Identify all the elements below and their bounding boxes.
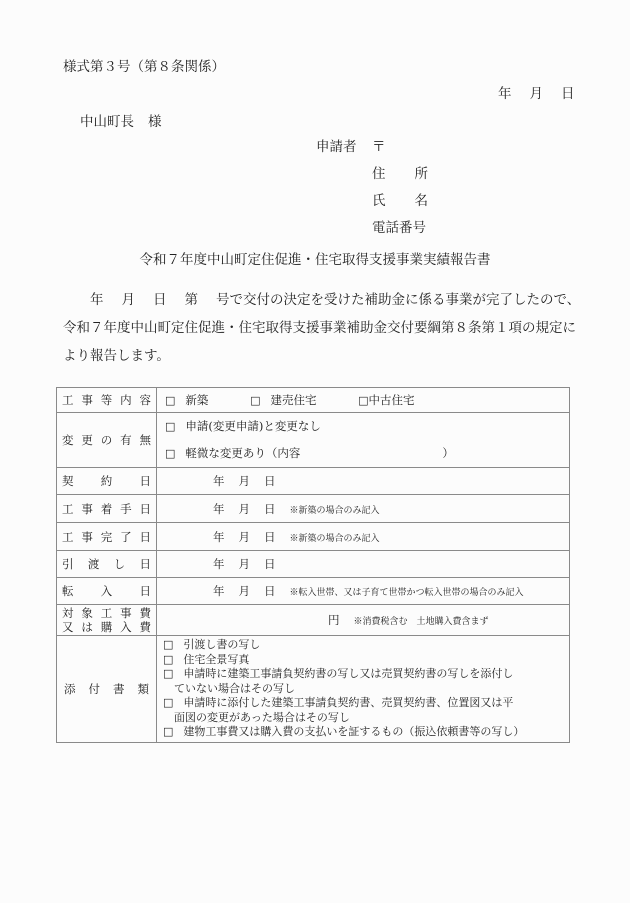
submission-date: 年月日 xyxy=(498,86,575,102)
attachment-item: □申請時に添付した建築工事請負契約書、売買契約書、位置図又は平 xyxy=(163,696,569,711)
checkbox-new-build[interactable]: □ xyxy=(165,394,175,407)
document-title: 令和７年度中山町定住促進・住宅取得支援事業実績報告書 xyxy=(0,252,630,268)
attachment-item: □住宅全景写真 xyxy=(163,653,569,668)
table-row-completion-date: 工事完了日 年月日※新築の場合のみ記入 xyxy=(57,523,570,551)
form-number: 様式第３号（第８条関係） xyxy=(63,59,225,75)
label-move-in-date: 転入日 xyxy=(57,578,157,605)
body-month: 月 xyxy=(122,292,136,308)
contract-date-field[interactable]: 年月日 xyxy=(157,468,570,495)
name-label-char: 氏 xyxy=(372,193,386,209)
option-ready-built: 建売住宅 xyxy=(270,393,316,407)
checkbox-minor-change[interactable]: □ xyxy=(165,441,175,467)
label-handover-date: 引渡し日 xyxy=(57,551,157,578)
body-day: 日 xyxy=(153,292,167,308)
table-row-attachments: 添付書類 □引渡し書の写し □住宅全景写真 □申請時に建築工事請負契約書の写し又… xyxy=(57,636,570,743)
attachment-item: □建物工事費又は購入費の支払いを証するもの（振込依頼書等の写し） xyxy=(163,725,569,740)
addressee-name: 中山町長 xyxy=(80,114,134,130)
table-row-start-date: 工事着手日 年月日※新築の場合のみ記入 xyxy=(57,495,570,523)
checkbox-attachment-3[interactable]: □ xyxy=(163,667,173,682)
name-label: 氏名 xyxy=(372,193,428,209)
option-minor-change: 軽微な変更あり（内容 xyxy=(185,446,300,460)
postal-mark: 〒 xyxy=(372,139,386,155)
checkbox-attachment-5[interactable]: □ xyxy=(163,725,173,740)
attachment-item-cont: ていない場合はその写し xyxy=(163,682,569,697)
checkbox-used-house[interactable]: □ xyxy=(358,394,368,407)
address-label: 住所 xyxy=(372,166,428,182)
attachment-item-cont: 面図の変更があった場合はその写し xyxy=(163,711,569,726)
name-label-char: 名 xyxy=(415,193,429,209)
change-options: □申請(変更申請)と変更なし □軽微な変更あり（内容） xyxy=(157,413,570,468)
label-start-date: 工事着手日 xyxy=(57,495,157,523)
honorific: 様 xyxy=(148,114,162,130)
yen-unit: 円 xyxy=(328,612,340,628)
checkbox-no-change[interactable]: □ xyxy=(165,414,175,440)
option-new-build: 新築 xyxy=(185,393,208,407)
table-row-move-in-date: 転入日 年月日※転入世帯、又は子育て世帯かつ転入世帯の場合のみ記入 xyxy=(57,578,570,605)
applicant-label: 申請者 xyxy=(316,139,357,155)
start-date-field[interactable]: 年月日※新築の場合のみ記入 xyxy=(157,495,570,523)
option-used-house: 中古住宅 xyxy=(369,393,415,407)
handover-date-field[interactable]: 年月日 xyxy=(157,551,570,578)
work-type-options: □新築 □建売住宅 □中古住宅 xyxy=(157,388,570,413)
address-label-char: 所 xyxy=(415,166,429,182)
addressee: 中山町長様 xyxy=(80,114,162,130)
checkbox-ready-built[interactable]: □ xyxy=(250,394,260,407)
phone-label: 電話番号 xyxy=(372,220,426,236)
date-day: 日 xyxy=(561,86,575,102)
checkbox-attachment-4[interactable]: □ xyxy=(163,696,173,711)
body-dai: 第 xyxy=(185,292,199,308)
completion-date-note: ※新築の場合のみ記入 xyxy=(290,534,380,544)
label-work-type: 工事等内容 xyxy=(57,388,157,413)
table-row-handover-date: 引渡し日 年月日 xyxy=(57,551,570,578)
report-body-text: 年月日第号で交付の決定を受けた補助金に係る事業が完了したので、令和７年度中山町定… xyxy=(63,286,583,370)
label-completion-date: 工事完了日 xyxy=(57,523,157,551)
date-year: 年 xyxy=(498,86,512,102)
table-row-change: 変更の有無 □申請(変更申請)と変更なし □軽微な変更あり（内容） xyxy=(57,413,570,468)
label-contract-date: 契約日 xyxy=(57,468,157,495)
report-table: 工事等内容 □新築 □建売住宅 □中古住宅 変更の有無 □申請(変更申請)と変更… xyxy=(56,387,570,743)
table-row-cost: 対象工事費 又は購入費 円※消費税含む 土地購入費含まず xyxy=(57,605,570,636)
cost-note: ※消費税含む 土地購入費含まず xyxy=(354,617,489,627)
move-in-date-note: ※転入世帯、又は子育て世帯かつ転入世帯の場合のみ記入 xyxy=(290,588,524,598)
label-change: 変更の有無 xyxy=(57,413,157,468)
body-year: 年 xyxy=(90,292,104,308)
attachments-list: □引渡し書の写し □住宅全景写真 □申請時に建築工事請負契約書の写し又は売買契約… xyxy=(157,636,570,743)
completion-date-field[interactable]: 年月日※新築の場合のみ記入 xyxy=(157,523,570,551)
label-cost: 対象工事費 又は購入費 xyxy=(57,605,157,636)
body-text: 号で交付の決定を受けた補助金に係る事業が完了したので、令和７年度中山町定住促進・… xyxy=(63,292,580,364)
address-label-char: 住 xyxy=(372,166,386,182)
label-attachments: 添付書類 xyxy=(57,636,157,743)
close-paren: ） xyxy=(442,446,454,460)
checkbox-attachment-1[interactable]: □ xyxy=(163,638,173,653)
move-in-date-field[interactable]: 年月日※転入世帯、又は子育て世帯かつ転入世帯の場合のみ記入 xyxy=(157,578,570,605)
checkbox-attachment-2[interactable]: □ xyxy=(163,653,173,668)
table-row-work-type: 工事等内容 □新築 □建売住宅 □中古住宅 xyxy=(57,388,570,413)
table-row-contract-date: 契約日 年月日 xyxy=(57,468,570,495)
attachment-item: □申請時に建築工事請負契約書の写し又は売買契約書の写しを添付し xyxy=(163,667,569,682)
attachment-item: □引渡し書の写し xyxy=(163,638,569,653)
start-date-note: ※新築の場合のみ記入 xyxy=(290,506,380,516)
option-no-change: 申請(変更申請)と変更なし xyxy=(185,419,320,433)
date-month: 月 xyxy=(530,86,544,102)
cost-field[interactable]: 円※消費税含む 土地購入費含まず xyxy=(157,605,570,636)
